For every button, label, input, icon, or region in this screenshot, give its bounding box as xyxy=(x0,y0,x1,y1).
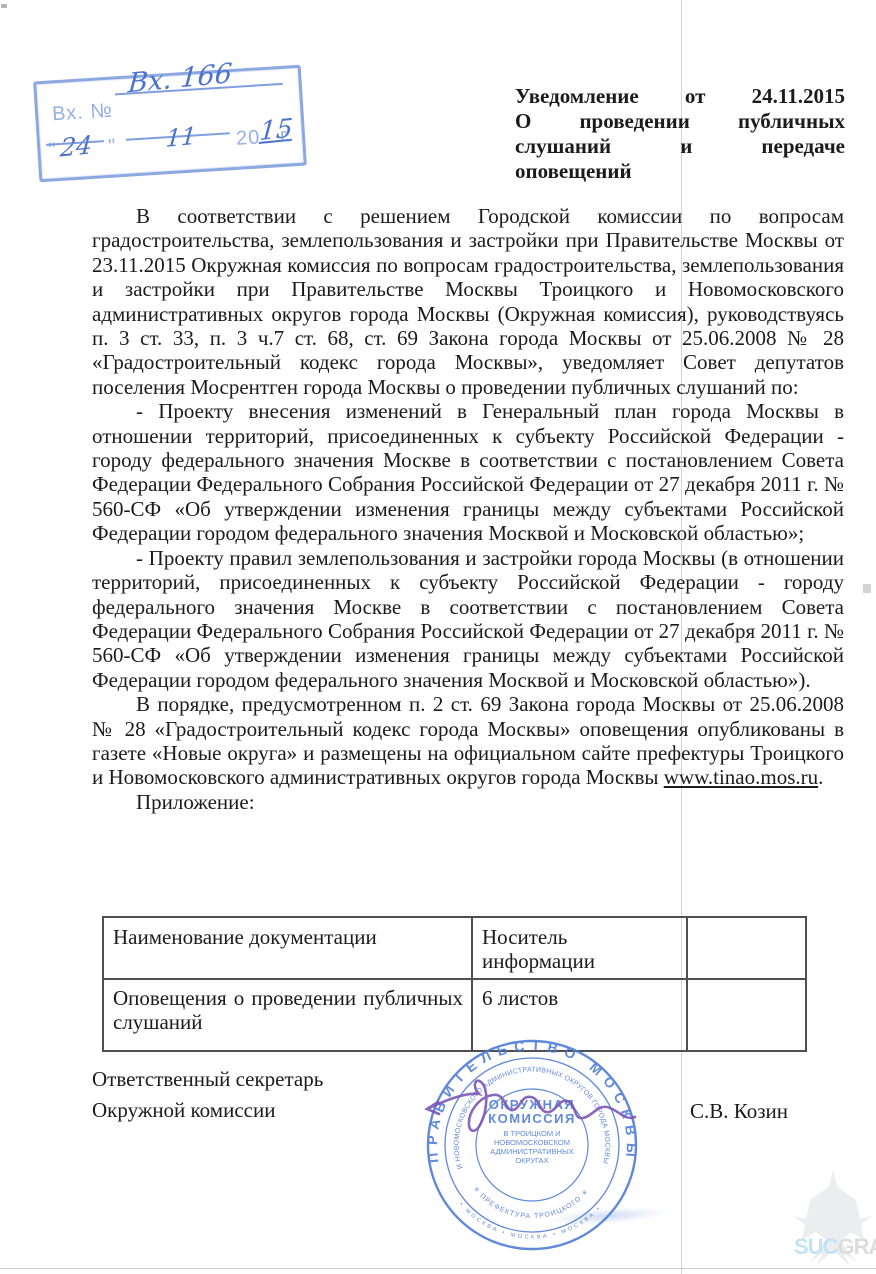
inbox-month-handwritten: 11 xyxy=(165,122,198,153)
inbox-day-close-quote: " xyxy=(108,135,118,158)
cell-empty xyxy=(687,979,806,1051)
scanned-document-page: Вх. № Вх. 166 " 24 " 11 20 15 г. Уведомл… xyxy=(0,0,876,1274)
cell-doc-name: Оповещения о проведении публичных слушан… xyxy=(103,979,472,1051)
paragraph-intro: В соответствии с решением Городской коми… xyxy=(92,204,844,399)
title-line: О проведении публичных xyxy=(515,109,845,134)
seal-center-line: В ТРОИЦКОМ И xyxy=(503,1129,560,1138)
watermark-text-right: GRAD xyxy=(837,1234,876,1259)
inbox-year-printed: 20 xyxy=(235,126,261,150)
inbox-year-suffix: г. xyxy=(279,124,293,148)
inbox-number-handwritten: Вх. 166 xyxy=(127,58,233,99)
attachment-table: Наименование документации Носитель инфор… xyxy=(102,916,807,1052)
watermark-text-left: SUC xyxy=(794,1234,837,1259)
seal-center-line: ОКРУЖНАЯ xyxy=(489,1097,576,1112)
scan-speck-right xyxy=(863,584,871,593)
scan-speck-top-left xyxy=(1,4,7,8)
attachment-label: Приложение: xyxy=(92,790,844,814)
seal-center-line: КОМИССИЯ xyxy=(488,1111,576,1126)
title-line: Уведомление от 24.11.2015 xyxy=(515,84,845,109)
signatory-role-line: Окружной комиссии xyxy=(92,1095,323,1126)
paragraph-genplan: - Проекту внесения изменений в Генеральн… xyxy=(92,399,844,545)
inbox-stamp: Вх. № Вх. 166 " 24 " 11 20 15 г. xyxy=(33,65,307,183)
signatory-role-line: Ответственный секретарь xyxy=(92,1064,323,1095)
seal-ring-prefecture-bottom: ✳ ПРЕФЕКТУРА ТРОИЦКОГО ✳ xyxy=(471,1185,589,1221)
paragraph-publication-period: . xyxy=(818,765,823,789)
table-header-empty xyxy=(687,917,806,979)
inbox-day-handwritten: 24 xyxy=(59,130,93,162)
official-seal: ПРАВИТЕЛЬСТВО МОСКВЫ • МОСКВА • МОСКВА •… xyxy=(420,1033,644,1257)
watermark: SUCGRAD xyxy=(786,1170,876,1274)
scan-line-bottom xyxy=(0,1268,876,1269)
title-line: слушаний и передаче xyxy=(515,134,845,159)
table-header-row: Наименование документации Носитель инфор… xyxy=(103,917,806,979)
watermark-text: SUCGRAD xyxy=(794,1234,876,1260)
signatory-name: С.В. Козин xyxy=(690,1099,788,1124)
seal-center-line: НОВОМОСКОВСКОМ xyxy=(494,1138,570,1147)
seal-center-line: АДМИНИСТРАТИВНЫХ xyxy=(490,1147,573,1156)
document-title: Уведомление от 24.11.2015 О проведении п… xyxy=(515,84,845,184)
seal-center-line: ОКРУГАХ xyxy=(515,1156,548,1165)
table-header-doc-name: Наименование документации xyxy=(103,917,472,979)
paragraph-pzz: - Проекту правил землепользования и заст… xyxy=(92,546,844,692)
inbox-number-label: Вх. № xyxy=(52,100,114,127)
document-body: В соответствии с решением Городской коми… xyxy=(92,204,844,814)
signatory-role: Ответственный секретарь Окружной комисси… xyxy=(92,1064,323,1126)
table-header-medium: Носитель информации xyxy=(472,917,687,979)
site-url-text: www.tinao.mos.ru xyxy=(664,765,818,789)
paragraph-publication: В порядке, предусмотренном п. 2 ст. 69 З… xyxy=(92,692,844,790)
title-line: оповещений xyxy=(515,159,845,184)
